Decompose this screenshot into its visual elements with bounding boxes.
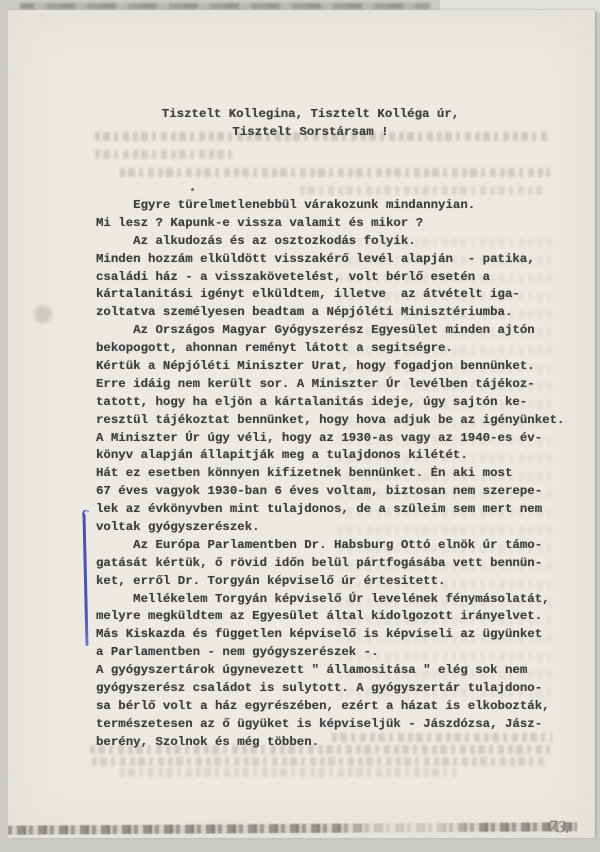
text-line: ket, erről Dr. Torgyán képviselő úr érte… (96, 573, 575, 591)
text-line: Mellékelem Torgyán képviselő Úr leveléne… (96, 591, 575, 609)
text-line: Más Kiskazda és független képviselő is k… (96, 626, 575, 644)
text-line: kártalanitási igényt elküldtem, illetve … (96, 286, 575, 304)
bleedthrough-text (95, 150, 237, 159)
margin-pen-mark (83, 514, 88, 646)
handwritten-page-number: 73. (547, 817, 569, 836)
text-line: 67 éves vagyok 1930-ban 6 éves voltam, b… (96, 483, 575, 501)
scanned-letter-screenshot: { "letter": { "salutation_lines": [ "Tis… (0, 0, 600, 852)
text-line: könyv alapján állapitják meg a tulajdono… (96, 447, 575, 465)
text-line: családi ház - a visszakövetelést, volt b… (96, 269, 575, 287)
paper-stain (32, 304, 54, 324)
bleedthrough-text (120, 168, 550, 177)
salutation-line: Tisztelt Sorstársam ! (26, 124, 595, 142)
text-line: Az Országos Magyar Gyógyszerész Egyesüle… (96, 322, 575, 340)
text-line: természetesen az ő ügyüket is képviseljü… (96, 716, 575, 734)
text-line: Egyre türelmetlenebbül várakozunk mindan… (96, 197, 575, 215)
text-line: bekopogott, ahonnan reményt látott a seg… (96, 340, 575, 358)
scan-edge-streak-top (20, 3, 430, 9)
text-line: zoltatva személyesen beadtam a Népjóléti… (96, 304, 575, 322)
salutation: Tisztelt Kollegina, Tisztelt Kolléga úr,… (8, 106, 595, 142)
bleedthrough-text (92, 757, 544, 766)
text-line: gyógyszerész családot is sulytott. A gyó… (96, 680, 575, 698)
text-line: a Parlamentben - nem gyógyszerészek -. (96, 644, 575, 662)
letter-body: Egyre türelmetlenebbül várakozunk mindan… (96, 197, 575, 752)
text-line: resztül tájékoztat bennünket, hogy hova … (96, 412, 575, 430)
text-line: Az Európa Parlamentben Dr. Habsburg Ottó… (96, 537, 575, 555)
text-line: Hát ez esetben könnyen kifizetnek bennün… (96, 465, 575, 483)
bleedthrough-text (120, 768, 456, 777)
text-line: lek az évkönyvben mint tulajdonos, de a … (96, 501, 575, 519)
text-line: Kértük a Népjóléti Miniszter Urat, hogy … (96, 358, 575, 376)
letter-page: Tisztelt Kollegina, Tisztelt Kolléga úr,… (8, 10, 595, 838)
text-line: melyre megküldtem az Egyesület által kid… (96, 608, 575, 626)
salutation-line: Tisztelt Kollegina, Tisztelt Kolléga úr, (26, 106, 595, 124)
scan-edge-artifact (8, 822, 577, 835)
bleedthrough-text (300, 186, 542, 195)
text-line: Mi lesz ? Kapunk-e vissza valamit és mik… (96, 215, 575, 233)
text-line: A Miniszter Úr úgy véli, hogy az 1930-as… (96, 430, 575, 448)
text-line: gatását kértük, ő rövid időn belül pártf… (96, 555, 575, 573)
text-line: berény, Szolnok és még többen. (96, 734, 575, 752)
text-line: Erre idáig nem került sor. A Miniszter Ú… (96, 376, 575, 394)
text-line: sa bérlő volt a ház egyrészében, ezért a… (96, 698, 575, 716)
text-line: tatott, hogy ha eljön a kártalanitás ide… (96, 394, 575, 412)
ink-dot-artifact (191, 188, 194, 191)
text-line: Az alkudozás és az osztozkodás folyik. (96, 233, 575, 251)
text-line: A gyógyszertárok úgynevezett " államosit… (96, 662, 575, 680)
text-line: Minden hozzám elküldött visszakérő levél… (96, 251, 575, 269)
text-line: voltak gyógyszerészek. (96, 519, 575, 537)
